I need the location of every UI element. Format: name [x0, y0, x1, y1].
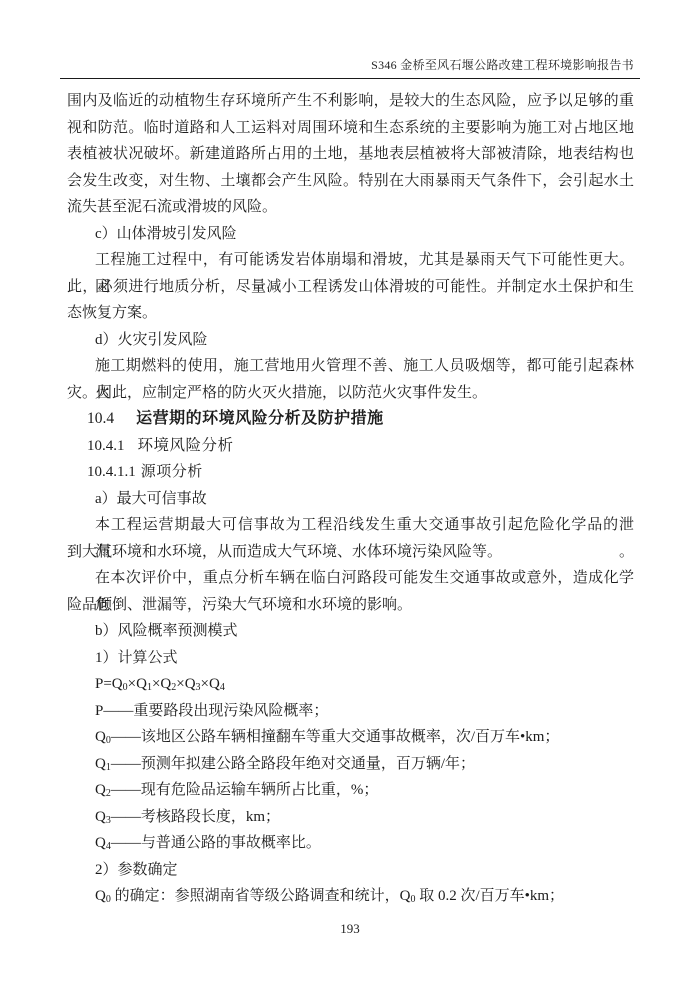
section-number: 10.4 [87, 410, 114, 427]
body-line: 本工程运营期最大可信事故为工程沿线发生重大交通事故引起危险化学品的泄漏。 [67, 512, 634, 539]
body-line: 此，必须进行地质分析，尽量减小工程诱发山体滑坡的可能性。并制定水土保护和生 [67, 274, 634, 301]
parameter-line: Q0 的确定：参照湖南省等级公路调查和统计，Q0 取 0.2 次/百万车•km； [67, 883, 634, 910]
definition-line: Q4——与普通公路的事故概率比。 [67, 830, 634, 857]
body-line: 在本次评价中，重点分析车辆在临白河路段可能发生交通事故或意外，造成化学危 [67, 565, 634, 592]
list-item-label: c）山体滑坡引发风险 [67, 221, 634, 248]
definition-line: P——重要路段出现污染风险概率； [67, 698, 634, 725]
subsection-heading: 10.4.1环境风险分析 [67, 433, 634, 460]
list-item-label: d）火灾引发风险 [67, 327, 634, 354]
header-divider [60, 78, 640, 79]
definition-line: Q3——考核路段长度，km； [67, 804, 634, 831]
body-line: 会发生改变，对生物、土壤都会产生风险。特别在大雨暴雨天气条件下，会引起水土 [67, 168, 634, 195]
list-item-label: a）最大可信事故 [67, 486, 634, 513]
body-line: 施工期燃料的使用，施工营地用火管理不善、施工人员吸烟等，都可能引起森林火 [67, 353, 634, 380]
body-line: 工程施工过程中，有可能诱发岩体崩塌和滑坡，尤其是暴雨天气下可能性更大。因 [67, 247, 634, 274]
body-line: 流失甚至泥石流或滑坡的风险。 [67, 194, 634, 221]
list-item-label: 2）参数确定 [67, 857, 634, 884]
list-item-label: b）风险概率预测模式 [67, 618, 634, 645]
subsubsection-number: 10.4.1.1 [87, 464, 136, 480]
page-number: 193 [0, 921, 700, 937]
body-line: 态恢复方案。 [67, 300, 634, 327]
subsubsection-title: 源项分析 [141, 464, 203, 480]
body-line: 灾。因此，应制定严格的防火灭火措施，以防范火灾事件发生。 [67, 380, 634, 407]
report-header: S346 金桥至风石堰公路改建工程环境影响报告书 [371, 56, 634, 73]
subsection-number: 10.4.1 [87, 438, 125, 454]
formula-line: P=Q0×Q1×Q2×Q3×Q4 [67, 671, 634, 698]
section-heading: 10.4运营期的环境风险分析及防护措施 [67, 406, 634, 433]
section-title: 运营期的环境风险分析及防护措施 [136, 410, 384, 427]
body-line: 视和防范。临时道路和人工运料对周围环境和生态系统的主要影响为施工对占地区地 [67, 115, 634, 142]
definition-line: Q2——现有危险品运输车辆所占比重，%； [67, 777, 634, 804]
document-page: S346 金桥至风石堰公路改建工程环境影响报告书 围内及临近的动植物生存环境所产… [0, 0, 700, 990]
subsection-title: 环境风险分析 [138, 437, 234, 454]
definition-line: Q1——预测年拟建公路全路段年绝对交通量，百万辆/年； [67, 751, 634, 778]
body-line: 险品倾倒、泄漏等，污染大气环境和水环境的影响。 [67, 592, 634, 619]
page-body: 围内及临近的动植物生存环境所产生不利影响，是较大的生态风险，应予以足够的重 视和… [67, 88, 634, 910]
definition-line: Q0——该地区公路车辆相撞翻车等重大交通事故概率，次/百万车•km； [67, 724, 634, 751]
body-line: 围内及临近的动植物生存环境所产生不利影响，是较大的生态风险，应予以足够的重 [67, 88, 634, 115]
body-line: 表植被状况破坏。新建道路所占用的土地，基地表层植被将大部被清除，地表结构也 [67, 141, 634, 168]
list-item-label: 1）计算公式 [67, 645, 634, 672]
subsubsection-heading: 10.4.1.1源项分析 [67, 459, 634, 486]
